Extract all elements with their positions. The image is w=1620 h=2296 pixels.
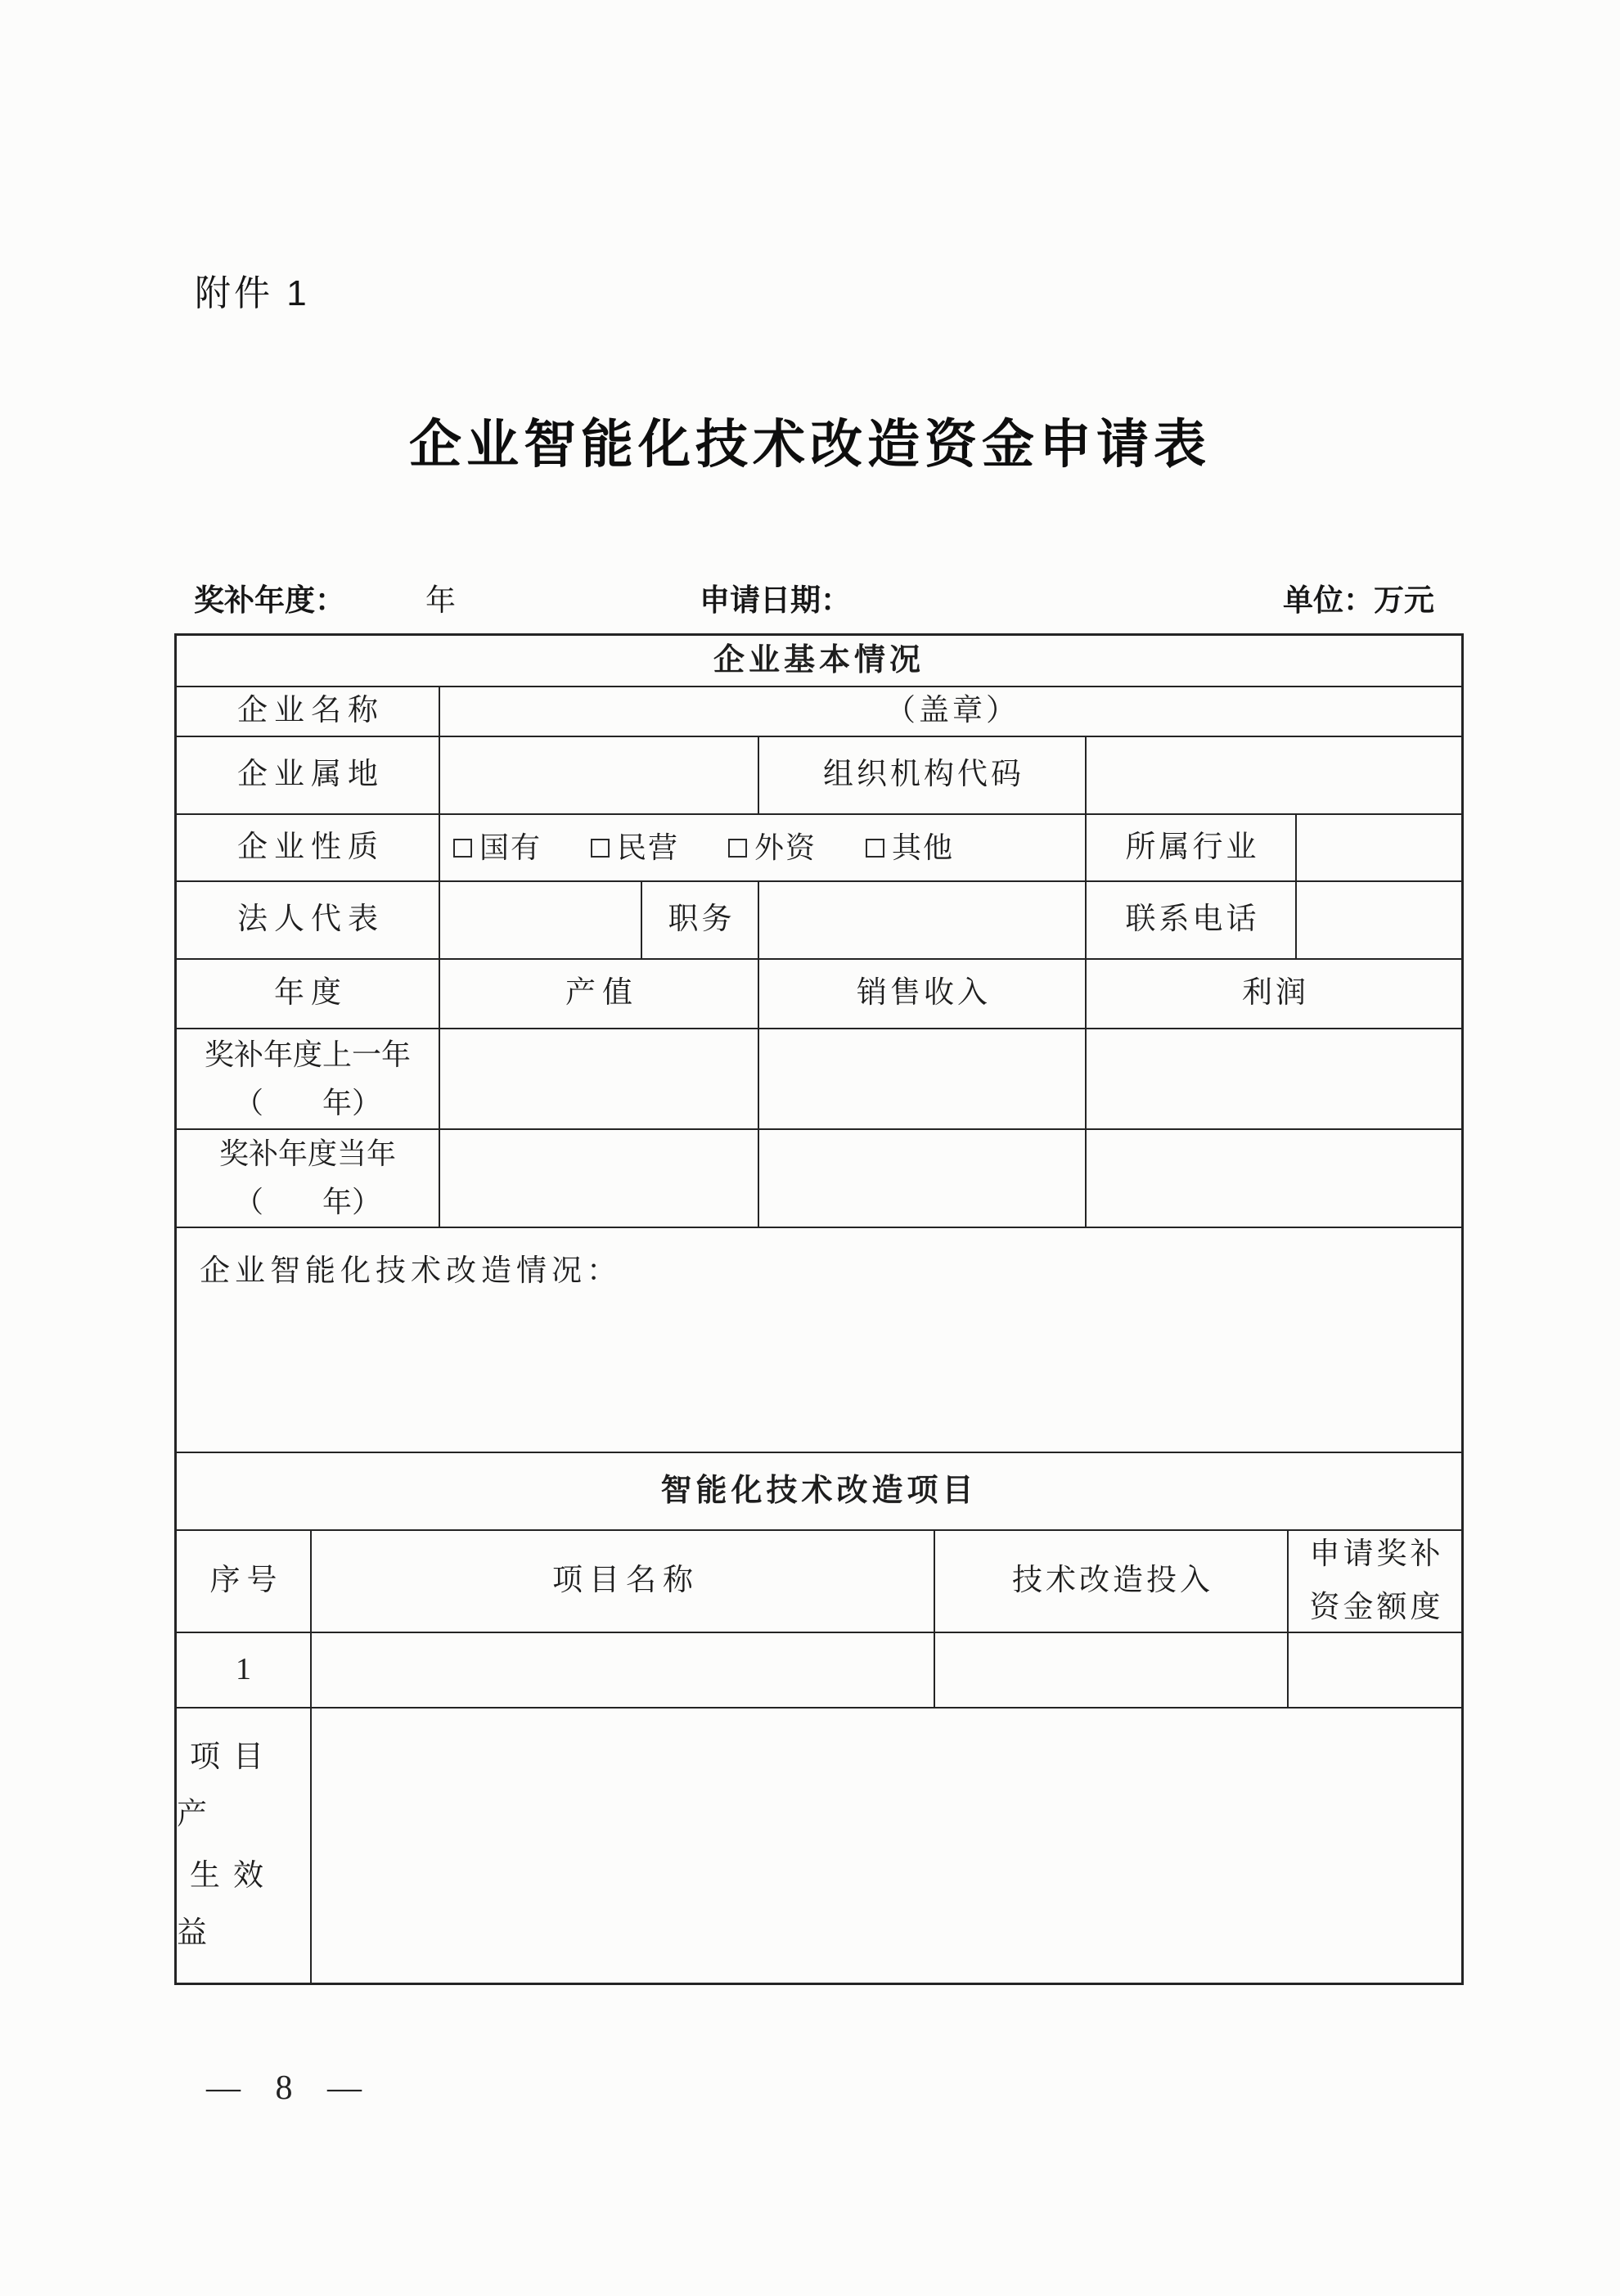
nature-option-other: 其他 bbox=[866, 830, 954, 867]
project-section-title: 智能化技术改造项目 bbox=[177, 1453, 1461, 1529]
subsidy-header-line1: 申请奖补 bbox=[1307, 1536, 1444, 1573]
sales-column-header: 销售收入 bbox=[759, 960, 1087, 1028]
project-benefit-label: 项目产 生效益 bbox=[177, 1708, 312, 1983]
company-location-value-cell bbox=[440, 737, 759, 813]
unit-label: 单位：万元 bbox=[1283, 575, 1434, 619]
company-location-label: 企业属地 bbox=[177, 737, 440, 813]
table-row-project-1: 1 bbox=[177, 1633, 1461, 1708]
current-year-output-cell bbox=[440, 1130, 759, 1227]
checkbox-icon bbox=[866, 839, 884, 858]
nature-option-label: 民营 bbox=[617, 830, 679, 867]
project-subsidy-header: 申请奖补 资金额度 bbox=[1289, 1531, 1461, 1632]
phone-value-cell bbox=[1297, 882, 1461, 958]
nature-option-state-owned: 国有 bbox=[453, 830, 542, 867]
company-name-value-cell: （盖章） bbox=[440, 687, 1461, 736]
industry-value-cell bbox=[1297, 815, 1461, 880]
legal-rep-label: 法人代表 bbox=[177, 882, 440, 958]
current-year-profit-cell bbox=[1087, 1130, 1461, 1227]
award-year-suffix: 年 bbox=[425, 584, 456, 618]
position-label: 职务 bbox=[642, 882, 759, 958]
application-form-table: 企业基本情况 企业名称 （盖章） 企业属地 组织机构代码 企业性质 国有 民营 … bbox=[174, 633, 1464, 1985]
project-1-index: 1 bbox=[177, 1633, 312, 1707]
table-row-project-section-header: 智能化技术改造项目 bbox=[177, 1453, 1461, 1531]
previous-year-output-cell bbox=[440, 1029, 759, 1128]
benefit-label-line2: 生效益 bbox=[177, 1848, 310, 1963]
transform-status-cell: 企业智能化技术改造情况： bbox=[177, 1228, 1461, 1452]
project-1-subsidy-cell bbox=[1289, 1633, 1461, 1707]
industry-label: 所属行业 bbox=[1087, 815, 1297, 880]
phone-label: 联系电话 bbox=[1087, 882, 1297, 958]
table-row-basic-section-header: 企业基本情况 bbox=[177, 636, 1461, 687]
nature-option-label: 外资 bbox=[754, 830, 817, 867]
org-code-label: 组织机构代码 bbox=[759, 737, 1087, 813]
previous-year-sales-cell bbox=[759, 1029, 1087, 1128]
table-row-company-nature: 企业性质 国有 民营 外资 其他 所属行业 bbox=[177, 815, 1461, 882]
previous-year-line1: 奖补年度上一年 bbox=[205, 1037, 411, 1074]
table-row-legal-rep: 法人代表 职务 联系电话 bbox=[177, 882, 1461, 960]
meta-line: 奖补年度：年 申请日期： 单位：万元 bbox=[0, 575, 1620, 621]
subsidy-header-line2: 资金额度 bbox=[1307, 1589, 1444, 1627]
checkbox-icon bbox=[453, 839, 472, 858]
table-row-previous-year: 奖补年度上一年 （ 年） bbox=[177, 1029, 1461, 1130]
org-code-value-cell bbox=[1087, 737, 1461, 813]
position-value-cell bbox=[759, 882, 1087, 958]
previous-year-label: 奖补年度上一年 （ 年） bbox=[177, 1029, 440, 1128]
company-nature-options: 国有 民营 外资 其他 bbox=[440, 815, 1087, 880]
basic-info-section-title: 企业基本情况 bbox=[177, 636, 1461, 686]
current-year-line1: 奖补年度当年 bbox=[219, 1136, 396, 1173]
table-row-company-name: 企业名称 （盖章） bbox=[177, 687, 1461, 737]
company-name-label: 企业名称 bbox=[177, 687, 440, 736]
page-title: 企业智能化技术改造资金申请表 bbox=[0, 403, 1620, 478]
project-1-investment-cell bbox=[935, 1633, 1289, 1707]
table-row-project-header: 序号 项目名称 技术改造投入 申请奖补 资金额度 bbox=[177, 1531, 1461, 1633]
benefit-label-line1: 项目产 bbox=[177, 1729, 310, 1844]
award-year-field: 奖补年度：年 bbox=[194, 575, 456, 619]
page-number: — 8 — bbox=[206, 2069, 368, 2108]
legal-rep-value-cell bbox=[440, 882, 642, 958]
project-name-header: 项目名称 bbox=[312, 1531, 935, 1632]
project-index-header: 序号 bbox=[177, 1531, 312, 1632]
nature-option-foreign: 外资 bbox=[728, 830, 817, 867]
project-investment-header: 技术改造投入 bbox=[935, 1531, 1289, 1632]
attachment-label: 附件 1 bbox=[195, 263, 310, 316]
nature-option-label: 其他 bbox=[892, 830, 954, 867]
checkbox-icon bbox=[728, 839, 747, 858]
nature-option-private: 民营 bbox=[591, 830, 679, 867]
previous-year-line2: （ 年） bbox=[234, 1085, 381, 1122]
project-1-name-cell bbox=[312, 1633, 935, 1707]
current-year-sales-cell bbox=[759, 1130, 1087, 1227]
current-year-line2: （ 年） bbox=[234, 1184, 381, 1221]
project-benefit-value-cell bbox=[312, 1708, 1461, 1983]
award-year-label: 奖补年度： bbox=[194, 583, 345, 617]
profit-column-header: 利润 bbox=[1087, 960, 1461, 1028]
scanned-form-page: 附件 1 企业智能化技术改造资金申请表 奖补年度：年 申请日期： 单位：万元 企… bbox=[0, 0, 1620, 2296]
current-year-label: 奖补年度当年 （ 年） bbox=[177, 1130, 440, 1227]
nature-option-label: 国有 bbox=[479, 830, 542, 867]
table-row-project-benefit: 项目产 生效益 bbox=[177, 1708, 1461, 1983]
year-column-header: 年度 bbox=[177, 960, 440, 1028]
table-row-transform-status: 企业智能化技术改造情况： bbox=[177, 1228, 1461, 1453]
apply-date-label: 申请日期： bbox=[700, 575, 851, 619]
table-row-year-header: 年度 产值 销售收入 利润 bbox=[177, 960, 1461, 1029]
previous-year-profit-cell bbox=[1087, 1029, 1461, 1128]
table-row-current-year: 奖补年度当年 （ 年） bbox=[177, 1130, 1461, 1228]
output-column-header: 产值 bbox=[440, 960, 759, 1028]
checkbox-icon bbox=[591, 839, 610, 858]
company-nature-label: 企业性质 bbox=[177, 815, 440, 880]
table-row-company-location: 企业属地 组织机构代码 bbox=[177, 737, 1461, 815]
